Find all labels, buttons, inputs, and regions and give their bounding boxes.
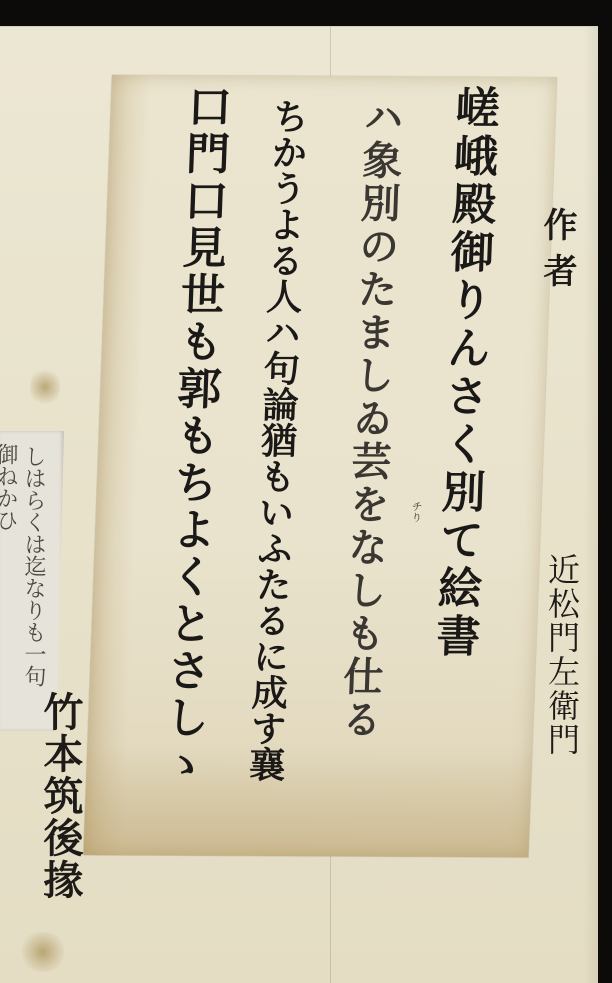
ink-stain [18,932,68,972]
slip-bottom-stain [83,745,532,857]
ruby-annotation: チり [408,501,425,523]
mount-backing-paper: 嵯峨殿御りんさく別て絵書 ハ象別のたましゐ芸をなしも仕る ちかうよる人ハ句論猶も… [0,26,598,983]
fragment-column-1: しはらくは迄なりも一句 [22,445,44,687]
author-label: 作者 [540,207,574,299]
signature: 竹本筑後掾 [40,691,80,901]
author-name: 近松門左衛門 [546,553,578,757]
side-fragment-slip: しはらくは迄なりも一句 御ねかひ [0,431,64,731]
manuscript-column-2: ハ象別のたましゐ芸をなしも仕る [338,96,402,741]
manuscript-column-4: 口門口見世も郭もちよくとさしゝ [158,83,228,788]
fragment-column-2: 御ねかひ [0,443,16,531]
water-stain [30,367,60,407]
main-manuscript-slip: 嵯峨殿御りんさく別て絵書 ハ象別のたましゐ芸をなしも仕る ちかうよる人ハ句論猶も… [83,75,557,857]
slip-edge-stain [83,75,152,855]
manuscript-column-3: ちかうよる人ハ句論猶もいふたるに成す襄 [246,98,307,782]
mount-right-edge [584,27,598,983]
manuscript-column-1: 嵯峨殿御りんさく別て絵書 [431,85,496,661]
